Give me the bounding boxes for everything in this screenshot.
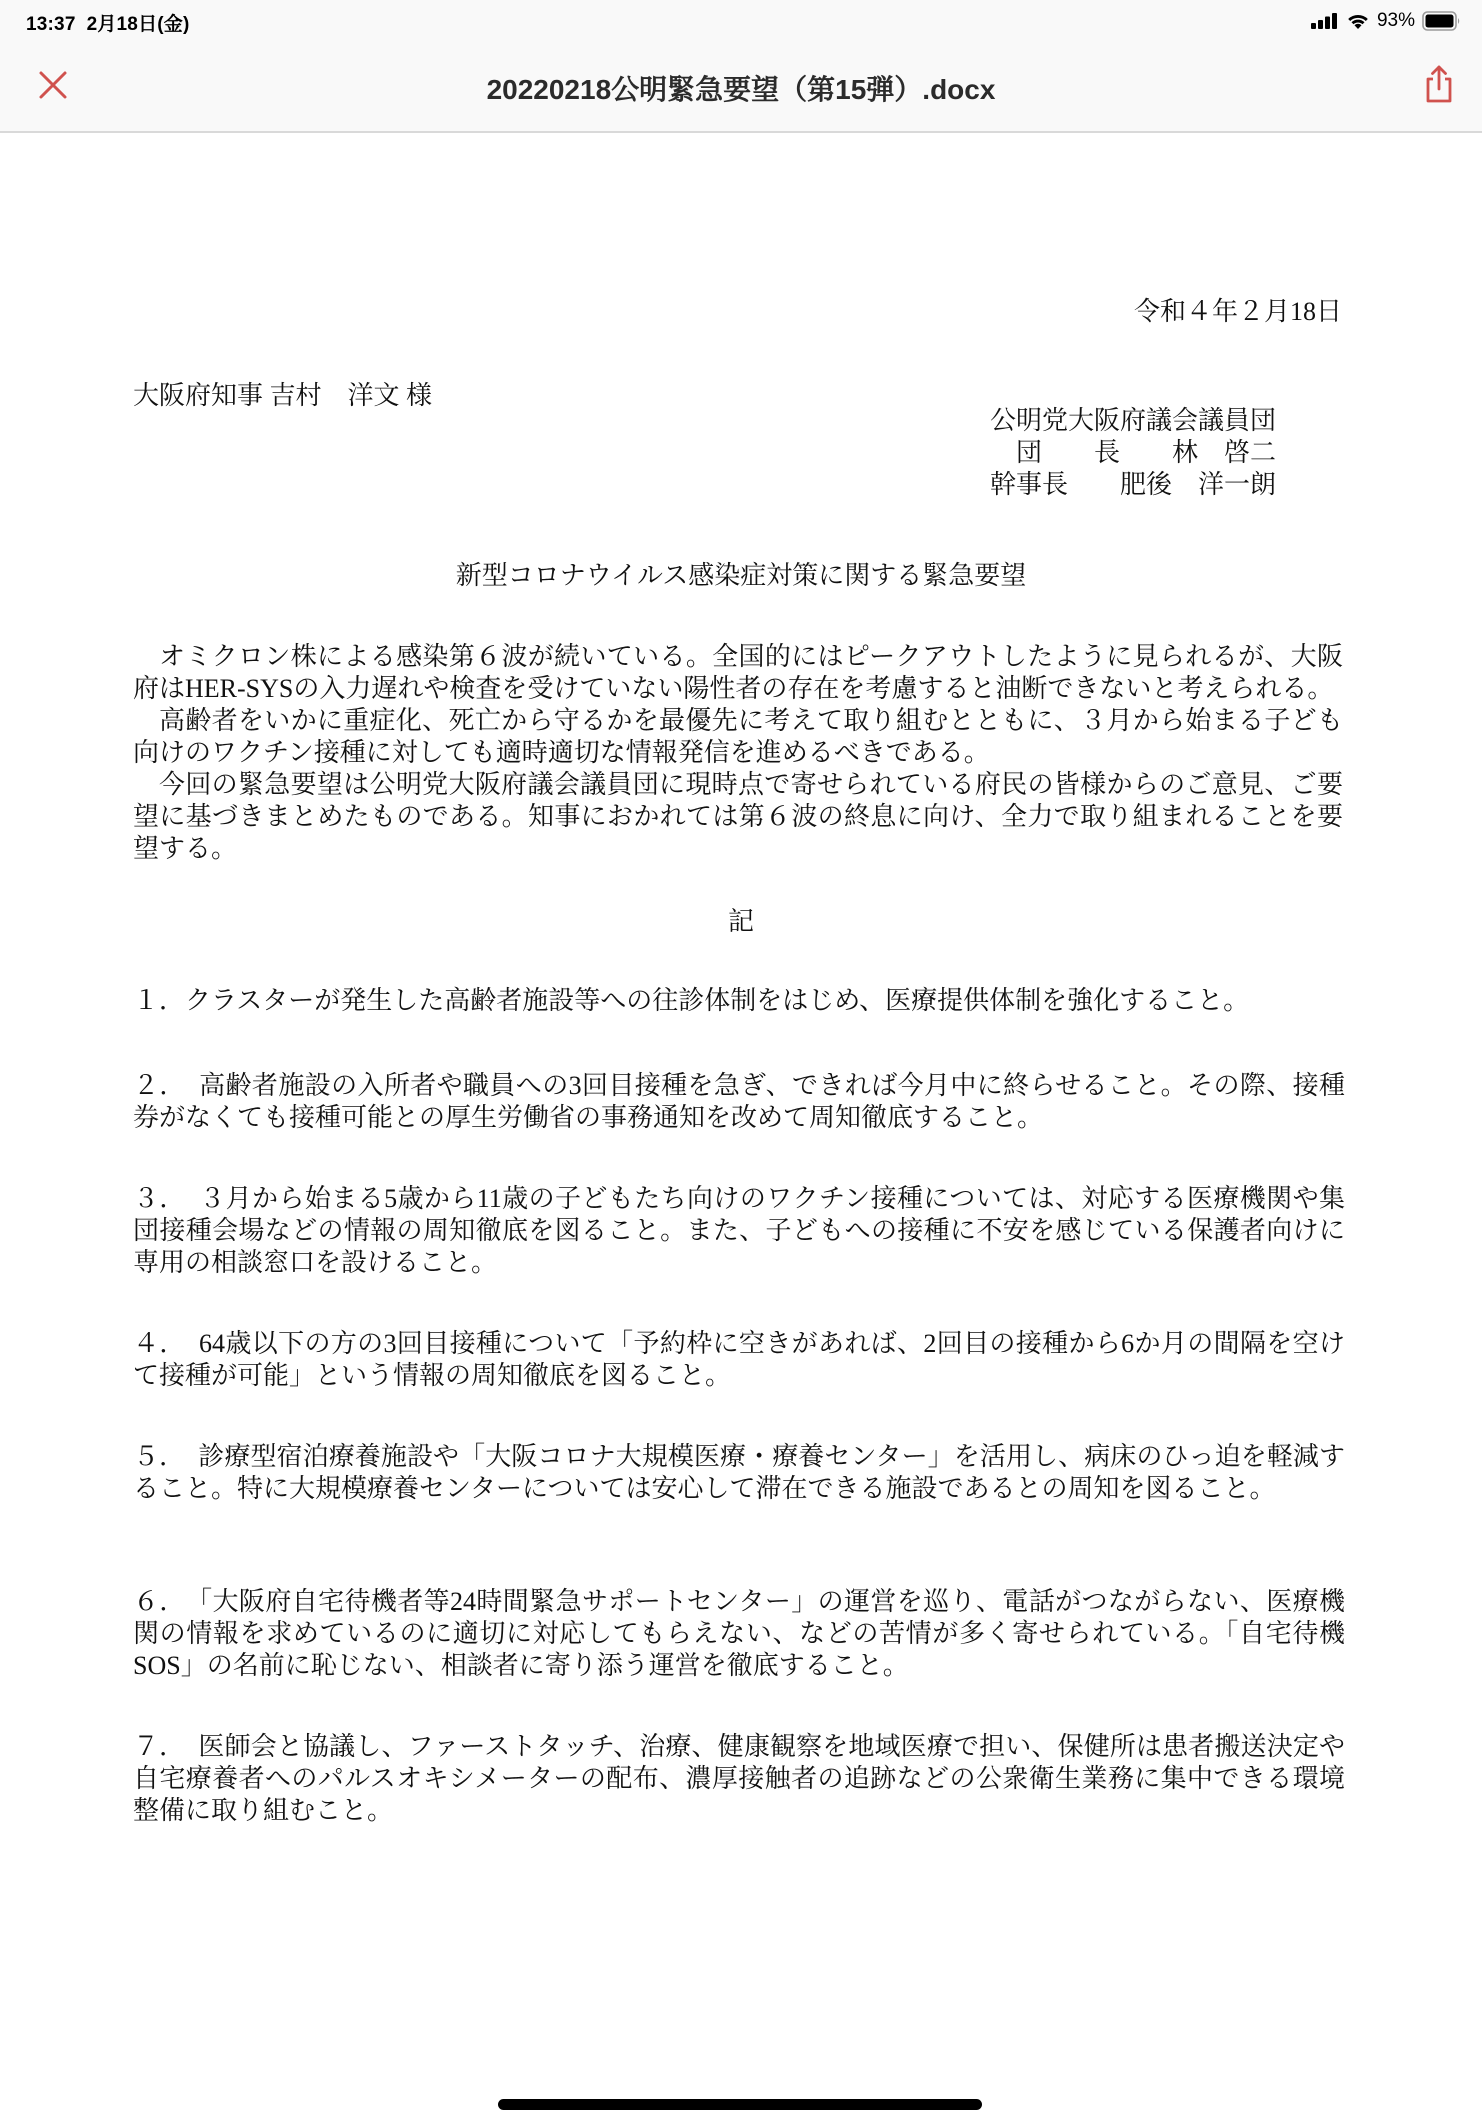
document-title: 20220218公明緊急要望（第15弾）.docx	[0, 68, 1482, 108]
signal-icon	[1311, 13, 1339, 29]
sender-secretary: 幹事長 肥後 洋一朗	[990, 469, 1276, 501]
status-bar: 13:37 2月18日(金) 93%	[0, 0, 1482, 44]
status-indicators: 93%	[1311, 8, 1462, 34]
request-item: ２． 高齢者施設の入所者や職員への3回目接種を急ぎ、できれば今月中に終らせること…	[133, 1070, 1345, 1134]
request-item: ５． 診療型宿泊療養施設や「大阪コロナ大規模医療・療養センター」を活用し、病床の…	[133, 1441, 1345, 1505]
wifi-icon	[1346, 12, 1370, 30]
share-icon	[1422, 64, 1456, 104]
addressee: 大阪府知事 吉村 洋文 様	[133, 375, 432, 412]
home-indicator[interactable]	[498, 2099, 982, 2110]
request-item: ３． ３月から始まる5歳から11歳の子どもたち向けのワクチン接種については、対応…	[133, 1183, 1345, 1279]
document-heading: 新型コロナウイルス感染症対策に関する緊急要望	[0, 555, 1482, 592]
sender-org: 公明党大阪府議会議員団	[990, 405, 1276, 437]
intro-paragraph: オミクロン株による感染第６波が続いている。全国的にはピークアウトしたように見られ…	[133, 641, 1343, 705]
request-item: ７． 医師会と協議し、ファーストタッチ、治療、健康観察を地域医療で担い、保健所は…	[133, 1731, 1345, 1827]
intro-paragraph: 高齢者をいかに重症化、死亡から守るかを最優先に考えて取り組むとともに、３月から始…	[133, 705, 1343, 769]
nav-bar: 20220218公明緊急要望（第15弾）.docx	[0, 44, 1482, 133]
document-date: 令和４年２月18日	[1134, 291, 1342, 328]
battery-percent: 93%	[1377, 10, 1415, 32]
intro-section: オミクロン株による感染第６波が続いている。全国的にはピークアウトしたように見られ…	[133, 641, 1343, 865]
request-item: ４． 64歳以下の方の3回目接種について「予約枠に空きがあれば、2回目の接種から…	[133, 1328, 1345, 1392]
request-item: ６． 「大阪府自宅待機者等24時間緊急サポートセンター」の運営を巡り、電話がつな…	[133, 1586, 1345, 1682]
battery-icon	[1422, 11, 1462, 31]
sender-leader: 団 長 林 啓二	[990, 437, 1276, 469]
share-button[interactable]	[1422, 64, 1456, 104]
document-page[interactable]: 令和４年２月18日 大阪府知事 吉村 洋文 様 公明党大阪府議会議員団 団 長 …	[0, 133, 1482, 2122]
status-time: 13:37 2月18日(金)	[26, 9, 190, 36]
request-item: １．クラスターが発生した高齢者施設等への往診体制をはじめ、医療提供体制を強化する…	[133, 985, 1249, 1017]
intro-paragraph: 今回の緊急要望は公明党大阪府議会議員団に現時点で寄せられている府民の皆様からのご…	[133, 769, 1343, 865]
sender-block: 公明党大阪府議会議員団 団 長 林 啓二 幹事長 肥後 洋一朗	[990, 405, 1276, 501]
ki-heading: 記	[0, 901, 1482, 938]
